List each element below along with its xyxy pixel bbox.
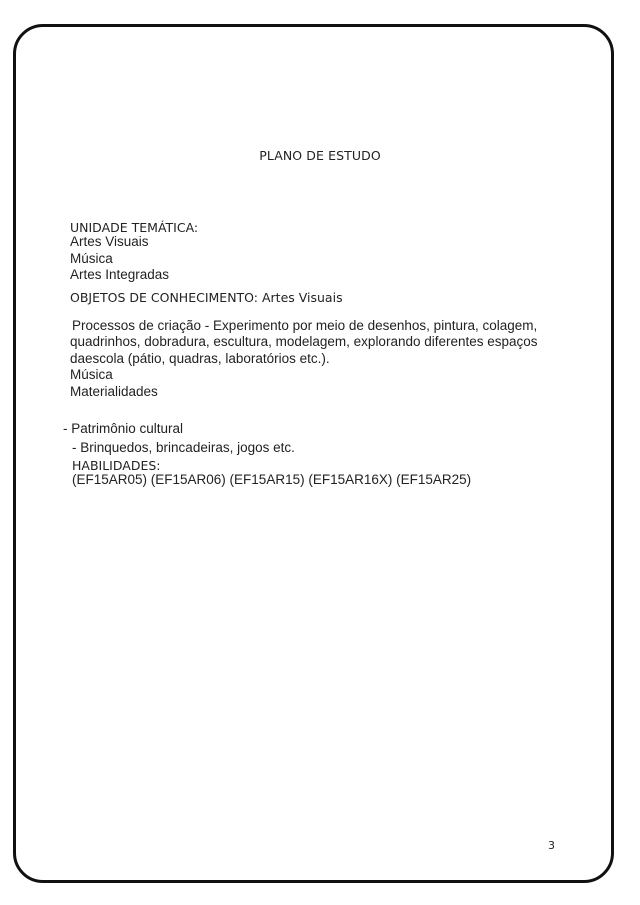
habilidades-codes: (EF15AR05) (EF15AR06) (EF15AR15) (EF15AR… <box>72 472 471 489</box>
brinquedos-text: - Brinquedos, brincadeiras, jogos etc. <box>72 440 295 457</box>
objetos-label: OBJETOS DE CONHECIMENTO: Artes Visuais <box>70 290 343 307</box>
patrimonio-text: - Patrimônio cultural <box>63 421 183 438</box>
materialidades-text: Materialidades <box>70 384 158 401</box>
page-title: PLANO DE ESTUDO <box>0 148 640 163</box>
page-number: 3 <box>548 839 555 852</box>
musica-text: Música <box>70 367 113 384</box>
unidade-item: Música <box>70 251 113 268</box>
unidade-item: Artes Visuais <box>70 234 149 251</box>
objetos-paragraph-line: daescola (pátio, quadras, laboratórios e… <box>70 351 330 368</box>
objetos-paragraph-line: Processos de criação - Experimento por m… <box>72 318 537 335</box>
objetos-paragraph-line: quadrinhos, dobradura, escultura, modela… <box>70 334 538 351</box>
unidade-item: Artes Integradas <box>70 267 169 284</box>
